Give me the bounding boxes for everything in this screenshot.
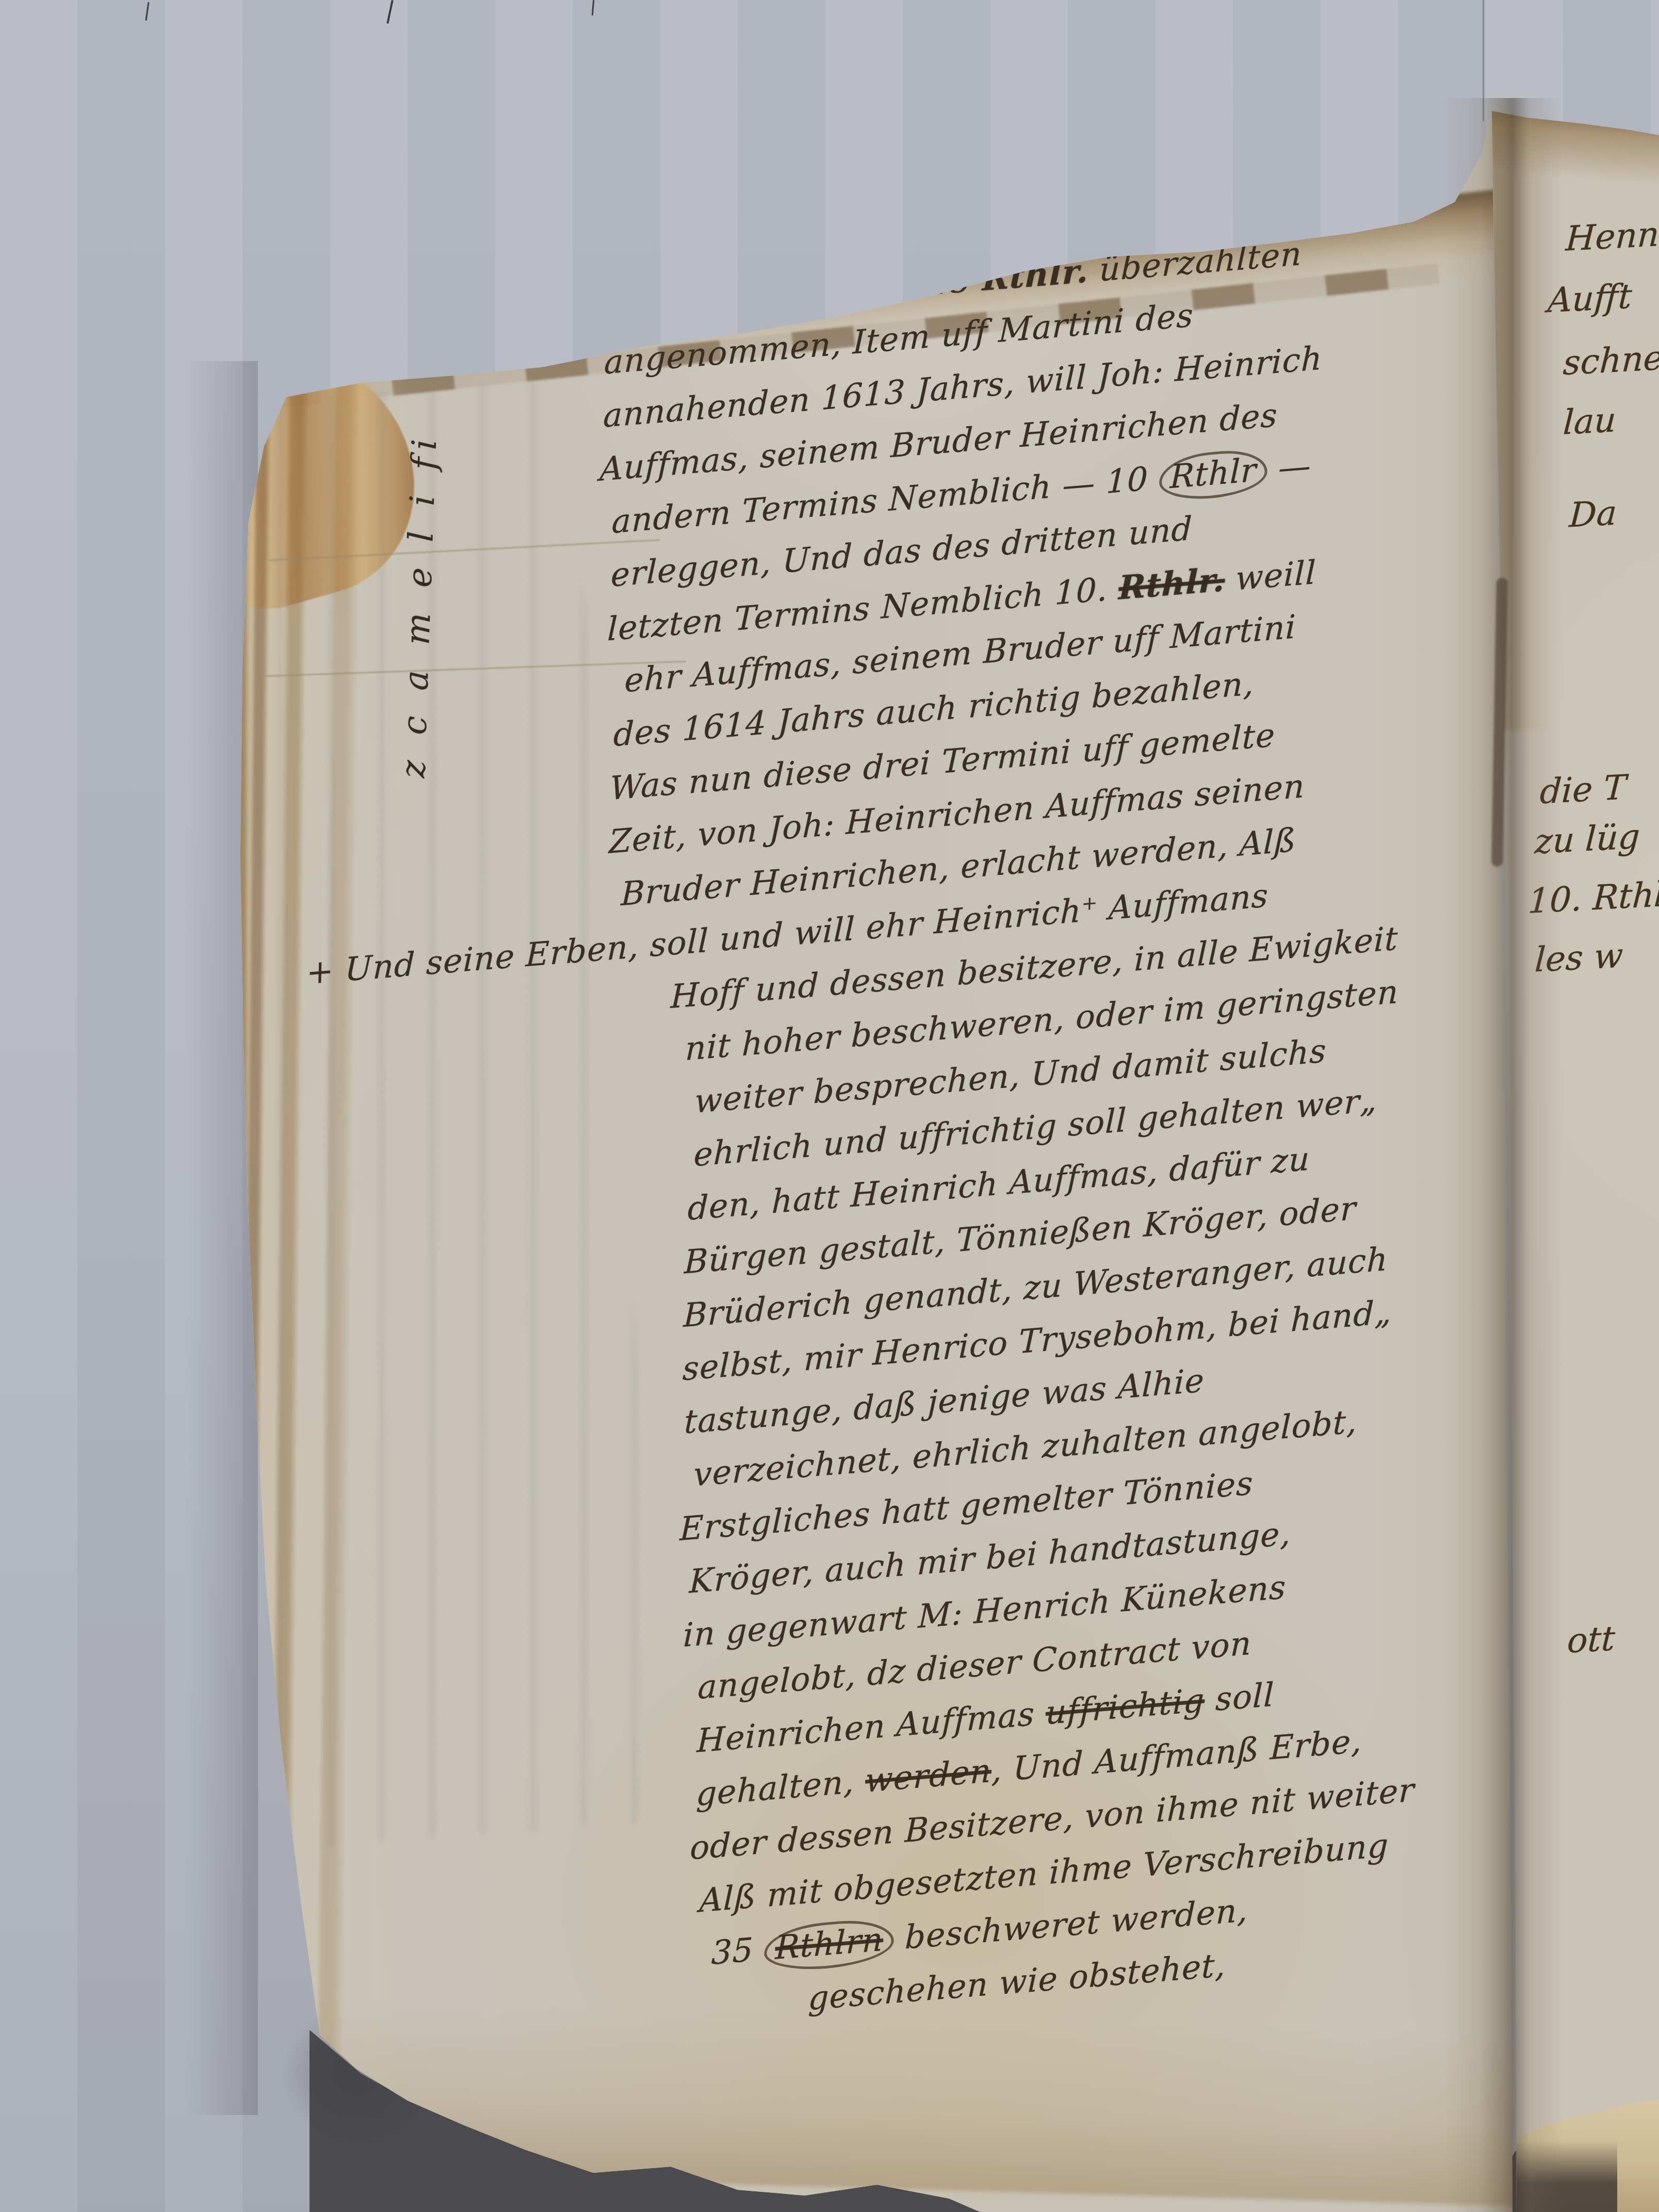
page-number: 116 xyxy=(444,164,540,227)
top-edge-mark xyxy=(592,0,595,15)
right-page-text-fragment: schne xyxy=(1562,338,1659,383)
top-edge-mark xyxy=(386,0,393,24)
manuscript-photo: 116 z c a m e l i fi + ʽ seinem Bruder H… xyxy=(0,0,1659,2212)
right-page-text-fragment: Henn xyxy=(1565,214,1659,259)
top-edge-mark xyxy=(145,2,150,21)
gutter-shadow xyxy=(1444,98,1563,2212)
manuscript-word: Rthlr. xyxy=(982,251,1089,298)
right-page-text-fragment: lau xyxy=(1562,400,1617,443)
right-page-text-fragment: Da xyxy=(1568,493,1618,535)
manuscript-word: Rthlr. xyxy=(1118,560,1226,607)
manuscript-word: + xyxy=(1081,891,1098,915)
right-page-text-fragment: ott xyxy=(1566,1618,1616,1661)
